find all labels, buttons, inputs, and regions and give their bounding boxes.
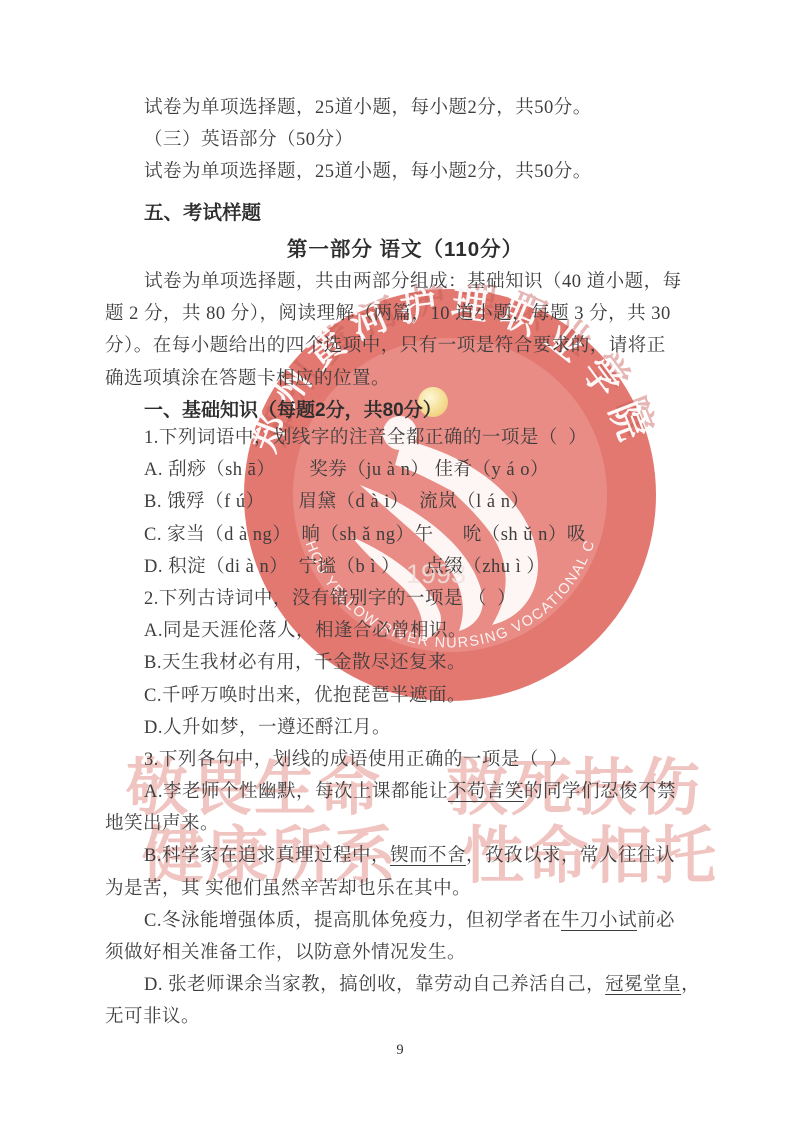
- text-segment: ，: [681, 975, 700, 995]
- text-segment: A.李老师个性幽默，每次上课都能让: [144, 782, 448, 802]
- text-segment: 1.下列词语中，划线字的注音全都正确的一项是（ ）: [144, 428, 587, 448]
- text-segment: 为是苦，其 实他们虽然辛苦却也乐在其中。: [105, 879, 471, 899]
- document-text-layer: 试卷为单项选择题，25道小题，每小题2分，共50分。（三）英语部分（50分）试卷…: [0, 0, 800, 1131]
- text-segment: ，孜孜以求，常人往往认: [466, 846, 675, 866]
- text-segment: 须做好相关准备工作，以防意外情况发生。: [105, 943, 466, 963]
- text-segment: 3.下列各句中，划线的成语使用正确的一项是（ ）: [144, 750, 568, 770]
- text-line: 为是苦，其 实他们虽然辛苦却也乐在其中。: [105, 873, 705, 905]
- text-line: 试卷为单项选择题，共由两部分组成：基础知识（40 道小题，每: [105, 266, 705, 298]
- text-line: 试卷为单项选择题，25道小题，每小题2分，共50分。: [105, 156, 705, 188]
- text-segment: B.天生我材必有用，千金散尽还复来。: [144, 653, 466, 673]
- text-line: A.同是天涯伦落人，相逢合必曾相识。: [105, 615, 705, 647]
- section-heading-exam-samples: 五、考试样题: [105, 197, 744, 230]
- text-segment: 无可非议。: [105, 1007, 200, 1027]
- text-segment: 地笑出声来。: [105, 814, 219, 834]
- text-line: A.李老师个性幽默，每次上课都能让不苟言笑的同学们忍俊不禁: [105, 776, 705, 808]
- text-line: 确选项填涂在答题卡相应的位置。: [105, 363, 705, 395]
- text-segment: A.同是天涯伦落人，相逢合必曾相识。: [144, 621, 467, 641]
- text-segment: 确选项填涂在答题卡相应的位置。: [105, 369, 390, 389]
- text-segment: D. 积淀（di à n） 宁谧（b ì ） 点缀（zhu ì ）: [144, 557, 545, 577]
- text-line: C.千呼万唤时出来，优抱琵琶半遮面。: [105, 680, 705, 712]
- text-segment: 的同学们忍俊不禁: [524, 782, 676, 802]
- text-line: B.天生我材必有用，千金散尽还复来。: [105, 647, 705, 679]
- text-line: 无可非议。: [105, 1001, 705, 1033]
- text-segment: 试卷为单项选择题，25道小题，每小题2分，共50分。: [144, 98, 592, 118]
- text-line: 3.下列各句中，划线的成语使用正确的一项是（ ）: [105, 744, 705, 776]
- text-segment: C.千呼万唤时出来，优抱琵琶半遮面。: [144, 686, 466, 706]
- part-heading-chinese: 第一部分 语文（110分）: [105, 233, 705, 267]
- text-line: D.人升如梦，一遵还酹江月。: [105, 712, 705, 744]
- text-line: 2.下列古诗词中，没有错别字的一项是 （ ）: [105, 583, 705, 615]
- intro-paragraph: 试卷为单项选择题，25道小题，每小题2分，共50分。（三）英语部分（50分）试卷…: [105, 92, 705, 189]
- underlined-idiom: 冠冕堂皇: [605, 975, 681, 995]
- underlined-idiom: 不苟言笑: [448, 782, 524, 802]
- text-line: 地笑出声来。: [105, 808, 705, 840]
- page-number: 9: [0, 1042, 800, 1059]
- part-intro-paragraph: 试卷为单项选择题，共由两部分组成：基础知识（40 道小题，每题 2 分，共 80…: [105, 266, 705, 395]
- text-line: C.冬泳能增强体质，提高肌体免疫力，但初学者在牛刀小试前必: [105, 905, 705, 937]
- text-segment: C.冬泳能增强体质，提高肌体免疫力，但初学者在: [144, 911, 561, 931]
- text-segment: 题 2 分，共 80 分），阅读理解（两篇，10 道小题，每题 3 分，共 30: [105, 304, 671, 324]
- underlined-idiom: 锲而不舍: [390, 846, 466, 866]
- text-segment: A. 刮痧（sh ā） 奖券（ju à n） 佳肴（y á o）: [144, 460, 549, 480]
- text-line: D. 积淀（di à n） 宁谧（b ì ） 点缀（zhu ì ）: [105, 551, 705, 583]
- text-line: B.科学家在追求真理过程中，锲而不舍，孜孜以求，常人往往认: [105, 840, 705, 872]
- text-line: （三）英语部分（50分）: [105, 124, 705, 156]
- document-page: 郑州黄河护理职业学院 郑州黄河护理职业学院 1993 ZHENGZHOU YEL…: [0, 0, 800, 1131]
- text-segment: 前必: [637, 911, 675, 931]
- text-segment: 试卷为单项选择题，25道小题，每小题2分，共50分。: [144, 162, 592, 182]
- text-segment: 2.下列古诗词中，没有错别字的一项是 （ ）: [144, 589, 516, 609]
- text-segment: C. 家当（d à ng） 晌（sh ǎ ng）午 吮（sh ǔ n）吸: [144, 525, 586, 545]
- text-segment: B.科学家在追求真理过程中，: [144, 846, 390, 866]
- text-line: A. 刮痧（sh ā） 奖券（ju à n） 佳肴（y á o）: [105, 454, 705, 486]
- text-segment: （三）英语部分（50分）: [144, 130, 354, 150]
- text-segment: D. 张老师课余当家教，搞创收，靠劳动自己养活自己，: [144, 975, 605, 995]
- text-line: 分）。在每小题给出的四个选项中，只有一项是符合要求的，请将正: [105, 330, 705, 362]
- text-line: D. 张老师课余当家教，搞创收，靠劳动自己养活自己，冠冕堂皇，: [105, 969, 705, 1001]
- questions-paragraph: 1.下列词语中，划线字的注音全都正确的一项是（ ）A. 刮痧（sh ā） 奖券（…: [105, 422, 705, 1034]
- text-segment: 分）。在每小题给出的四个选项中，只有一项是符合要求的，请将正: [105, 336, 666, 356]
- text-segment: D.人升如梦，一遵还酹江月。: [144, 718, 391, 738]
- text-line: 题 2 分，共 80 分），阅读理解（两篇，10 道小题，每题 3 分，共 30: [105, 298, 705, 330]
- text-line: 须做好相关准备工作，以防意外情况发生。: [105, 937, 705, 969]
- text-line: C. 家当（d à ng） 晌（sh ǎ ng）午 吮（sh ǔ n）吸: [105, 519, 705, 551]
- underlined-idiom: 牛刀小试: [561, 911, 637, 931]
- text-line: 试卷为单项选择题，25道小题，每小题2分，共50分。: [105, 92, 705, 124]
- text-line: B. 饿殍（f ú） 眉黛（d à i） 流岚（l á n）: [105, 486, 705, 518]
- text-segment: B. 饿殍（f ú） 眉黛（d à i） 流岚（l á n）: [144, 492, 529, 512]
- text-segment: 试卷为单项选择题，共由两部分组成：基础知识（40 道小题，每: [144, 272, 682, 292]
- text-line: 1.下列词语中，划线字的注音全都正确的一项是（ ）: [105, 422, 705, 454]
